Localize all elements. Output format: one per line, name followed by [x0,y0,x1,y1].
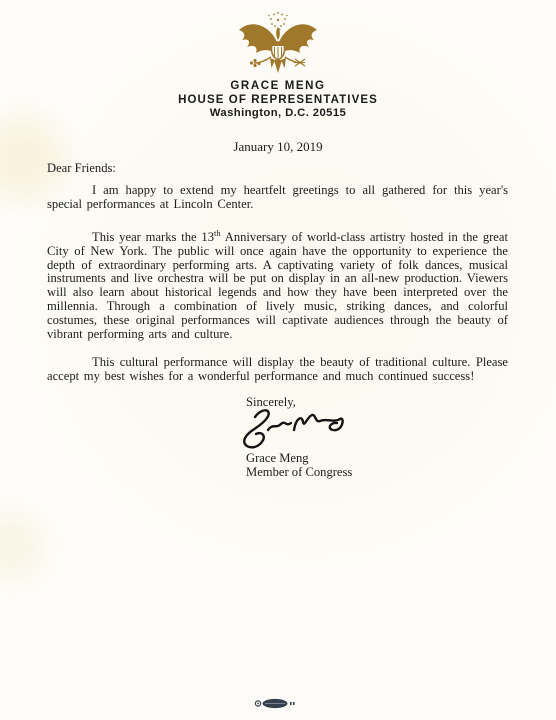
paragraph-2-prefix: This year marks the 13 [92,230,214,244]
letterhead-office: HOUSE OF REPRESENTATIVES [0,94,556,108]
letterhead-name: GRACE MENG [0,80,556,94]
eagle-seal-icon [235,11,321,75]
paragraph-2-suffix: Anniversary of world-class artistry host… [47,230,508,341]
signer-name: Grace Meng [246,451,309,466]
union-bug-icon [253,697,301,710]
letter-page: GRACE MENG HOUSE OF REPRESENTATIVES Wash… [0,0,556,720]
letterhead-address: Washington, D.C. 20515 [0,107,556,121]
paragraph-3: This cultural performance will display t… [47,356,508,384]
paragraph-2: This year marks the 13th Anniversary of … [47,231,508,341]
salutation: Dear Friends: [47,161,116,176]
letterhead: GRACE MENG HOUSE OF REPRESENTATIVES Wash… [0,80,556,121]
paragraph-1: I am happy to extend my heartfelt greeti… [47,184,508,212]
signer-title: Member of Congress [246,465,352,480]
letter-date: January 10, 2019 [0,139,556,155]
paragraph-2-superscript: th [214,228,221,238]
signature-icon [240,406,346,452]
